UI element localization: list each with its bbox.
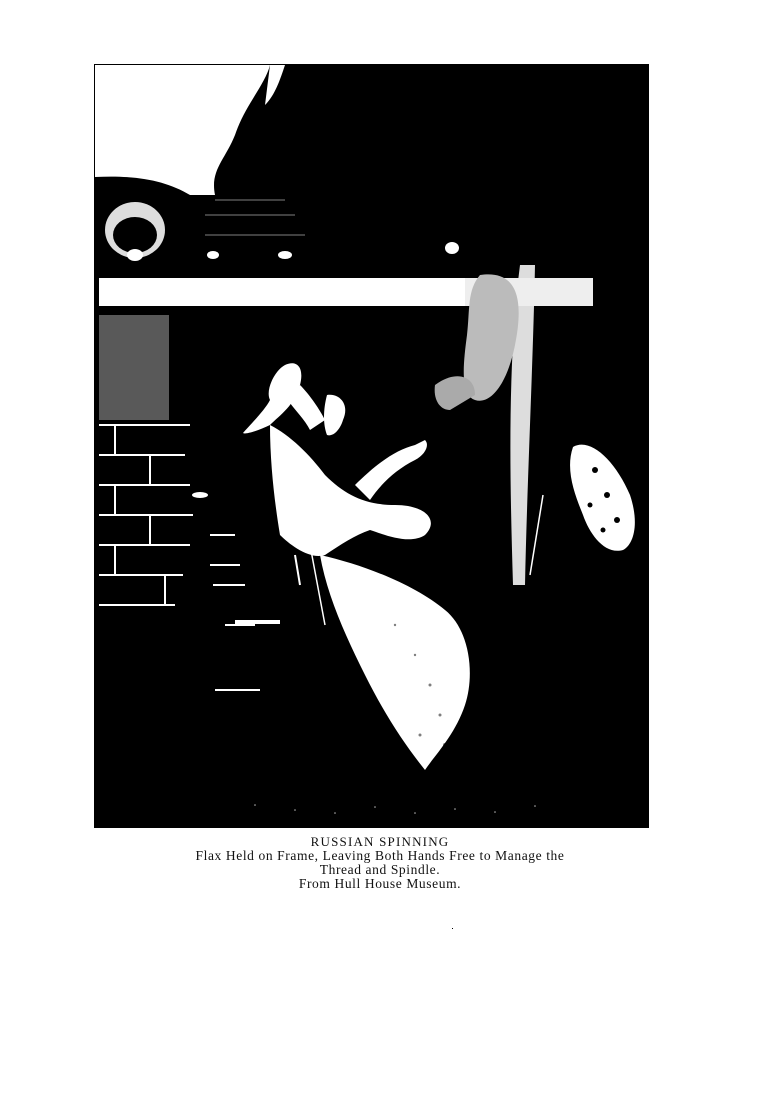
book-page: RUSSIAN SPINNING Flax Held on Frame, Lea… <box>0 0 771 1098</box>
photo-image <box>95 65 648 827</box>
caption-line-1: Flax Held on Frame, Leaving Both Hands F… <box>100 849 660 863</box>
figure-caption: RUSSIAN SPINNING Flax Held on Frame, Lea… <box>100 835 660 891</box>
photograph <box>94 64 649 828</box>
scan-speck <box>452 928 453 929</box>
caption-title: RUSSIAN SPINNING <box>100 835 660 849</box>
caption-credit: From Hull House Museum. <box>100 877 660 891</box>
caption-line-2: Thread and Spindle. <box>100 863 660 877</box>
